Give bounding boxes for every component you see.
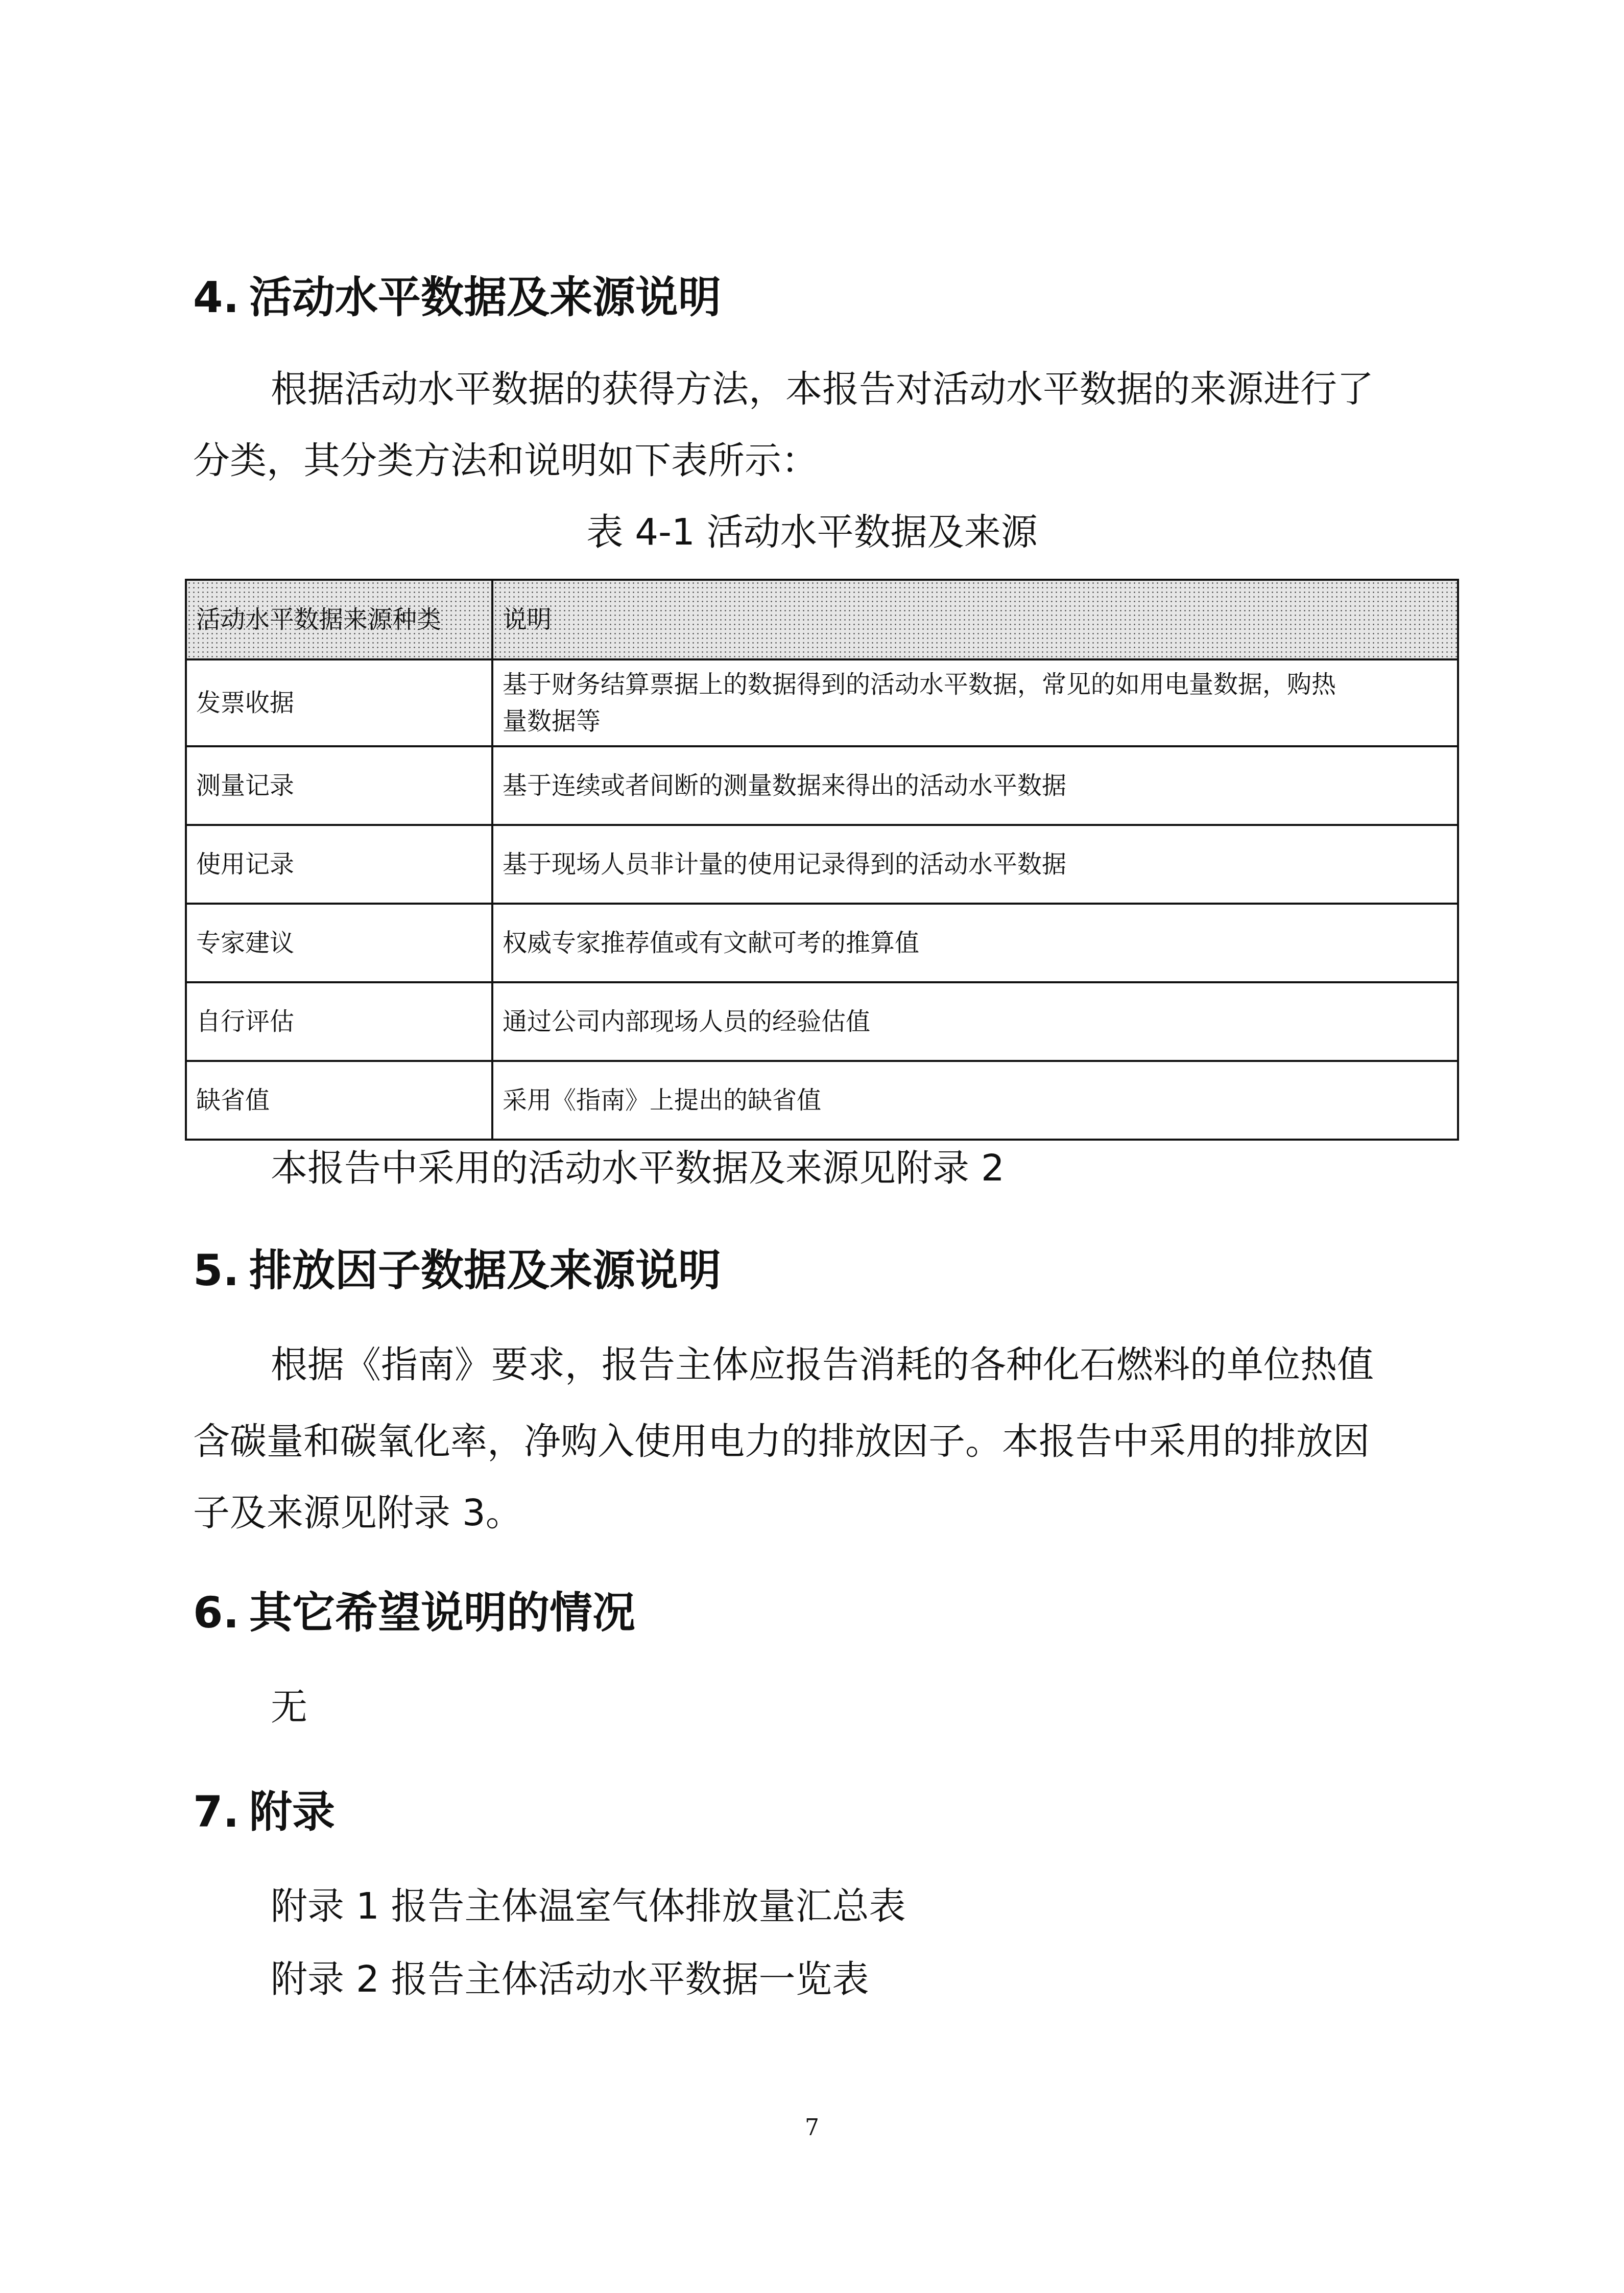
cell-description: 基于现场人员非计量的使用记录得到的活动水平数据	[492, 825, 1458, 904]
section-title: 其它希望说明的情况	[249, 1588, 635, 1638]
cell-source-type: 缺省值	[186, 1061, 492, 1140]
section-number: 4.	[193, 276, 249, 319]
section-title: 排放因子数据及来源说明	[249, 1245, 721, 1295]
cell-description: 基于连续或者间断的测量数据来得出的活动水平数据	[492, 746, 1458, 825]
section-6-heading: 6.其它希望说明的情况	[193, 1591, 635, 1634]
table-header-row: 活动水平数据来源种类 说明	[186, 580, 1458, 659]
description-line: 基于财务结算票据上的数据得到的活动水平数据，常见的如用电量数据，购热	[503, 670, 1336, 699]
section-4-intro-line1: 根据活动水平数据的获得方法，本报告对活动水平数据的来源进行了	[271, 370, 1374, 407]
cell-description: 采用《指南》上提出的缺省值	[492, 1061, 1458, 1140]
section-number: 6.	[193, 1591, 249, 1634]
appendix-item-1: 附录 1 报告主体温室气体排放量汇总表	[271, 1887, 906, 1924]
section-number: 7.	[193, 1790, 249, 1833]
section-5-line1: 根据《指南》要求，报告主体应报告消耗的各种化石燃料的单位热值	[271, 1346, 1374, 1383]
section-7-heading: 7.附录	[193, 1790, 335, 1833]
section-6-body: 无	[271, 1688, 307, 1725]
document-page: 4.活动水平数据及来源说明 根据活动水平数据的获得方法，本报告对活动水平数据的来…	[0, 0, 1624, 2293]
table-row: 自行评估 通过公司内部现场人员的经验估值	[186, 982, 1458, 1061]
cell-source-type: 测量记录	[186, 746, 492, 825]
cell-source-type: 专家建议	[186, 904, 492, 982]
section-4-intro-line2: 分类，其分类方法和说明如下表所示：	[193, 442, 818, 479]
table-row: 发票收据 基于财务结算票据上的数据得到的活动水平数据，常见的如用电量数据，购热量…	[186, 659, 1458, 746]
section-4-after-table: 本报告中采用的活动水平数据及来源见附录 2	[271, 1149, 1005, 1186]
appendix-item-2: 附录 2 报告主体活动水平数据一览表	[271, 1960, 869, 1997]
description-line: 量数据等	[503, 707, 601, 736]
section-5-line3: 子及来源见附录 3。	[193, 1494, 522, 1531]
header-source-type: 活动水平数据来源种类	[186, 580, 492, 659]
section-title: 附录	[249, 1787, 335, 1837]
cell-description: 通过公司内部现场人员的经验估值	[492, 982, 1458, 1061]
table-row: 缺省值 采用《指南》上提出的缺省值	[186, 1061, 1458, 1140]
section-5-line2: 含碳量和碳氧化率，净购入使用电力的排放因子。本报告中采用的排放因	[193, 1423, 1370, 1459]
cell-description: 权威专家推荐值或有文献可考的推算值	[492, 904, 1458, 982]
table-row: 测量记录 基于连续或者间断的测量数据来得出的活动水平数据	[186, 746, 1458, 825]
cell-description: 基于财务结算票据上的数据得到的活动水平数据，常见的如用电量数据，购热量数据等	[492, 659, 1458, 746]
section-4-heading: 4.活动水平数据及来源说明	[193, 276, 721, 319]
header-description: 说明	[492, 580, 1458, 659]
cell-source-type: 发票收据	[186, 659, 492, 746]
table-row: 使用记录 基于现场人员非计量的使用记录得到的活动水平数据	[186, 825, 1458, 904]
cell-source-type: 自行评估	[186, 982, 492, 1061]
section-title: 活动水平数据及来源说明	[249, 272, 721, 322]
section-5-heading: 5.排放因子数据及来源说明	[193, 1249, 721, 1292]
page-number: 7	[0, 2115, 1624, 2141]
section-number: 5.	[193, 1249, 249, 1292]
cell-source-type: 使用记录	[186, 825, 492, 904]
table-caption: 表 4-1 活动水平数据及来源	[0, 513, 1624, 550]
activity-data-source-table: 活动水平数据来源种类 说明 发票收据 基于财务结算票据上的数据得到的活动水平数据…	[185, 579, 1459, 1141]
table-row: 专家建议 权威专家推荐值或有文献可考的推算值	[186, 904, 1458, 982]
